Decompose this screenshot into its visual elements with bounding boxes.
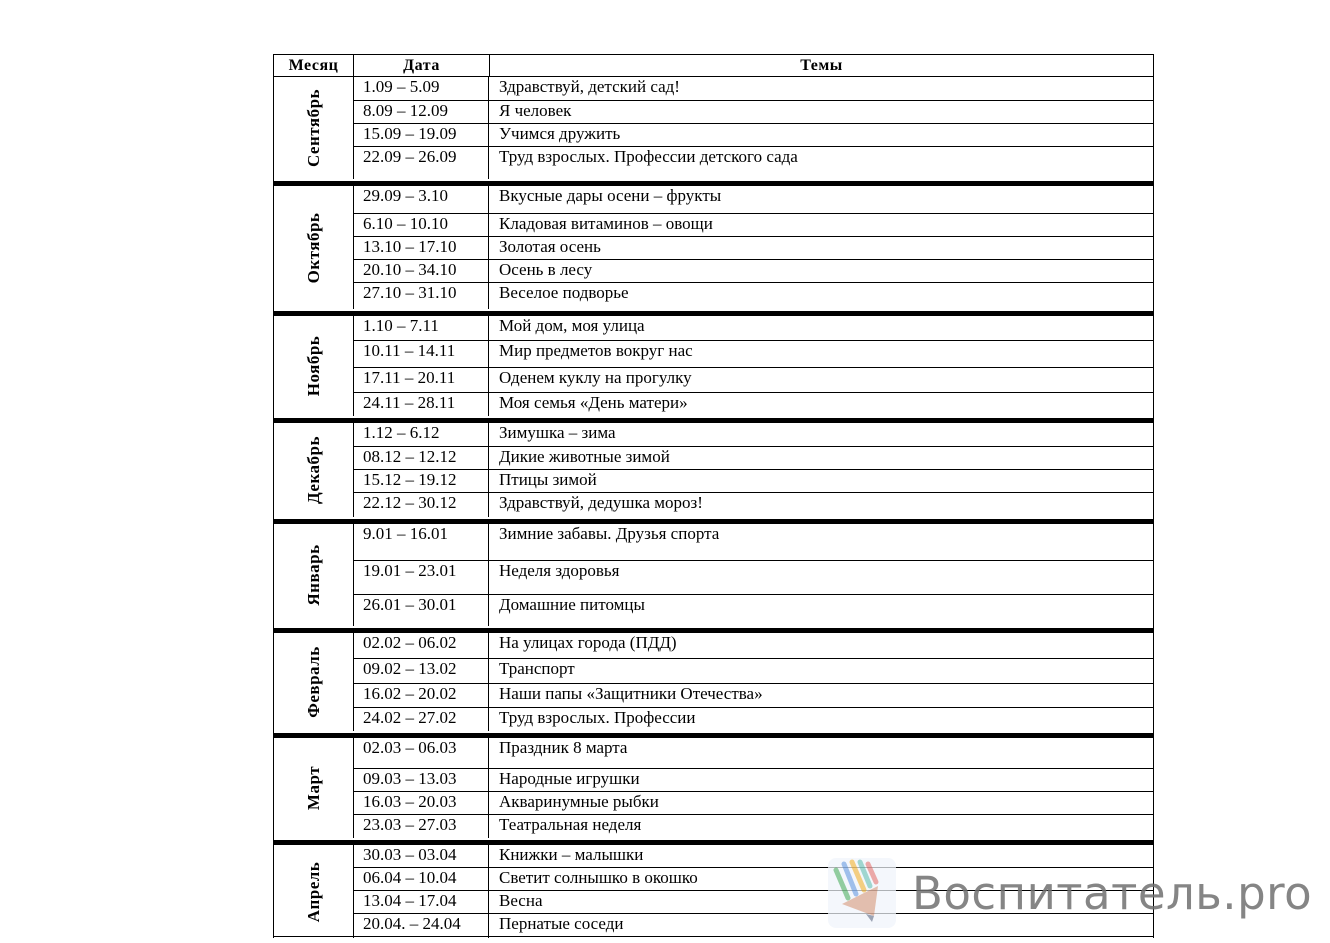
week-date-range: 06.04 – 10.04	[354, 868, 489, 890]
week-date-range: 29.09 – 3.10	[354, 186, 489, 213]
week-date-range: 9.01 – 16.01	[354, 524, 489, 560]
week-date-range: 8.09 – 12.09	[354, 101, 489, 123]
month-block: Март02.03 – 06.03Праздник 8 марта09.03 –…	[274, 734, 1153, 838]
watermark-text: Воспитатель.pro	[912, 867, 1312, 920]
table-row: 09.02 – 13.02Транспорт	[354, 659, 1153, 684]
table-row: 9.01 – 16.01Зимние забавы. Друзья спорта	[354, 524, 1153, 561]
month-label-cell: Ноябрь	[274, 316, 354, 416]
header-date: Дата	[354, 55, 490, 76]
month-block: Ноябрь1.10 – 7.11Мой дом, моя улица10.11…	[274, 312, 1153, 416]
table-row: 23.03 – 27.03Театральная неделя	[354, 815, 1153, 838]
month-label-cell: Март	[274, 738, 354, 838]
week-date-range: 15.09 – 19.09	[354, 124, 489, 146]
week-theme: Праздник 8 марта	[489, 738, 1153, 768]
week-date-range: 10.11 – 14.11	[354, 341, 489, 367]
week-date-range: 24.11 – 28.11	[354, 393, 489, 416]
table-row: 17.11 – 20.11Оденем куклу на прогулку	[354, 368, 1153, 393]
month-block: Январь9.01 – 16.01Зимние забавы. Друзья …	[274, 520, 1153, 626]
week-date-range: 15.12 – 19.12	[354, 470, 489, 492]
week-date-range: 1.10 – 7.11	[354, 316, 489, 340]
week-date-range: 6.10 – 10.10	[354, 214, 489, 236]
week-date-range: 30.03 – 03.04	[354, 845, 489, 867]
table-row: 20.10 – 34.10Осень в лесу	[354, 260, 1153, 283]
table-row: 1.12 – 6.12Зимушка – зима	[354, 423, 1153, 447]
week-date-range: 22.09 – 26.09	[354, 147, 489, 179]
month-label-cell: Февраль	[274, 633, 354, 731]
month-name: Февраль	[304, 646, 324, 717]
table-row: 29.09 – 3.10Вкусные дары осени – фрукты	[354, 186, 1153, 214]
table-row: 15.12 – 19.12Птицы зимой	[354, 470, 1153, 493]
week-theme: Домашние питомцы	[489, 595, 1153, 626]
week-date-range: 13.10 – 17.10	[354, 237, 489, 259]
table-bottom-border	[273, 936, 1154, 937]
week-date-range: 19.01 – 23.01	[354, 561, 489, 594]
week-date-range: 17.11 – 20.11	[354, 368, 489, 392]
month-label-cell: Январь	[274, 524, 354, 626]
month-block: Сентябрь1.09 – 5.09Здравствуй, детский с…	[274, 77, 1153, 179]
week-date-range: 20.10 – 34.10	[354, 260, 489, 282]
week-theme: Зимушка – зима	[489, 423, 1153, 446]
week-theme: Акваринумные рыбки	[489, 792, 1153, 814]
table-row: 08.12 – 12.12Дикие животные зимой	[354, 447, 1153, 470]
week-theme: Зимние забавы. Друзья спорта	[489, 524, 1153, 560]
week-theme: Транспорт	[489, 659, 1153, 683]
week-date-range: 02.03 – 06.03	[354, 738, 489, 768]
table-row: 10.11 – 14.11Мир предметов вокруг нас	[354, 341, 1153, 368]
month-block: Декабрь1.12 – 6.12Зимушка – зима08.12 – …	[274, 419, 1153, 517]
week-date-range: 13.04 – 17.04	[354, 891, 489, 913]
week-theme: Веселое подворье	[489, 283, 1153, 309]
week-date-range: 1.09 – 5.09	[354, 77, 489, 100]
month-name: Апрель	[304, 861, 324, 922]
table-row: 19.01 – 23.01Неделя здоровья	[354, 561, 1153, 595]
week-date-range: 09.03 – 13.03	[354, 769, 489, 791]
table-row: 22.09 – 26.09Труд взрослых. Профессии де…	[354, 147, 1153, 179]
table-row: 8.09 – 12.09Я человек	[354, 101, 1153, 124]
week-theme: Вкусные дары осени – фрукты	[489, 186, 1153, 213]
table-row: 02.02 – 06.02На улицах города (ПДД)	[354, 633, 1153, 659]
week-theme: Птицы зимой	[489, 470, 1153, 492]
month-block: Февраль02.02 – 06.02На улицах города (ПД…	[274, 629, 1153, 731]
table-row: 16.02 – 20.02Наши папы «Защитники Отечес…	[354, 684, 1153, 708]
week-theme: Учимся дружить	[489, 124, 1153, 146]
week-theme: Моя семья «День матери»	[489, 393, 1153, 416]
header-themes: Темы	[490, 55, 1153, 76]
week-theme: Оденем куклу на прогулку	[489, 368, 1153, 392]
week-date-range: 16.03 – 20.03	[354, 792, 489, 814]
week-date-range: 24.02 – 27.02	[354, 708, 489, 731]
week-theme: Мир предметов вокруг нас	[489, 341, 1153, 367]
week-date-range: 1.12 – 6.12	[354, 423, 489, 446]
month-name: Март	[304, 766, 324, 810]
table-row: 1.10 – 7.11Мой дом, моя улица	[354, 316, 1153, 341]
week-date-range: 27.10 – 31.10	[354, 283, 489, 309]
week-theme: Труд взрослых. Профессии	[489, 708, 1153, 731]
table-row: 27.10 – 31.10Веселое подворье	[354, 283, 1153, 309]
table-row: 24.02 – 27.02Труд взрослых. Профессии	[354, 708, 1153, 731]
week-date-range: 02.02 – 06.02	[354, 633, 489, 658]
week-theme: Театральная неделя	[489, 815, 1153, 838]
table-row: 24.11 – 28.11Моя семья «День матери»	[354, 393, 1153, 416]
month-name: Декабрь	[304, 436, 324, 504]
table-row: 6.10 – 10.10Кладовая витаминов – овощи	[354, 214, 1153, 237]
table-header: Месяц Дата Темы	[274, 55, 1153, 77]
week-theme: Дикие животные зимой	[489, 447, 1153, 469]
week-date-range: 16.02 – 20.02	[354, 684, 489, 707]
month-label-cell: Сентябрь	[274, 77, 354, 179]
month-name: Январь	[304, 544, 324, 605]
header-month: Месяц	[274, 55, 354, 76]
month-block: Октябрь29.09 – 3.10Вкусные дары осени – …	[274, 182, 1153, 309]
table-row: 1.09 – 5.09Здравствуй, детский сад!	[354, 77, 1153, 101]
month-label-cell: Апрель	[274, 845, 354, 938]
table-row: 22.12 – 30.12Здравствуй, дедушка мороз!	[354, 493, 1153, 517]
month-name: Сентябрь	[304, 89, 324, 167]
week-theme: Труд взрослых. Профессии детского сада	[489, 147, 1153, 179]
week-theme: Я человек	[489, 101, 1153, 123]
week-date-range: 22.12 – 30.12	[354, 493, 489, 517]
table-row: 16.03 – 20.03Акваринумные рыбки	[354, 792, 1153, 815]
week-theme: Кладовая витаминов – овощи	[489, 214, 1153, 236]
week-theme: На улицах города (ПДД)	[489, 633, 1153, 658]
month-label-cell: Декабрь	[274, 423, 354, 517]
week-date-range: 26.01 – 30.01	[354, 595, 489, 626]
theme-schedule-table: Месяц Дата Темы Сентябрь1.09 – 5.09Здрав…	[273, 54, 1154, 938]
month-name: Ноябрь	[304, 336, 324, 397]
month-name: Октябрь	[304, 212, 324, 283]
week-theme: Народные игрушки	[489, 769, 1153, 791]
week-date-range: 08.12 – 12.12	[354, 447, 489, 469]
week-theme: Золотая осень	[489, 237, 1153, 259]
week-theme: Мой дом, моя улица	[489, 316, 1153, 340]
week-date-range: 20.04. – 24.04	[354, 914, 489, 938]
table-row: 13.10 – 17.10Золотая осень	[354, 237, 1153, 260]
week-theme: Осень в лесу	[489, 260, 1153, 282]
week-theme: Наши папы «Защитники Отечества»	[489, 684, 1153, 707]
week-theme: Неделя здоровья	[489, 561, 1153, 594]
week-date-range: 23.03 – 27.03	[354, 815, 489, 838]
table-row: 15.09 – 19.09Учимся дружить	[354, 124, 1153, 147]
watermark: Воспитатель.pro	[828, 858, 1312, 928]
week-theme: Здравствуй, дедушка мороз!	[489, 493, 1153, 517]
pencil-logo-icon	[828, 858, 896, 928]
week-theme: Здравствуй, детский сад!	[489, 77, 1153, 100]
month-label-cell: Октябрь	[274, 186, 354, 309]
table-row: 26.01 – 30.01Домашние питомцы	[354, 595, 1153, 626]
table-row: 09.03 – 13.03Народные игрушки	[354, 769, 1153, 792]
table-row: 02.03 – 06.03Праздник 8 марта	[354, 738, 1153, 769]
week-date-range: 09.02 – 13.02	[354, 659, 489, 683]
